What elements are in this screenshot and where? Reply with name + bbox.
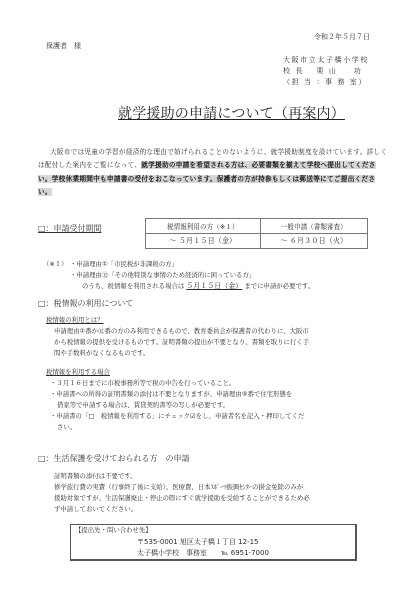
- tax-use-item-3: ・申請書の「□ 税情報を利用する」にチェック☑をし、申請者名を記入・押印してくだ: [50, 412, 304, 421]
- tax-use-heading: 税情報を利用する場合: [46, 368, 110, 377]
- contact-heading: 【提出先・問い合わせ先】: [75, 526, 152, 535]
- period-section-label: □：申請受付期間: [38, 223, 102, 234]
- note-marker: （※１）: [43, 260, 68, 269]
- contact-box: 【提出先・問い合わせ先】 〒535-0001 旭区太子橋１丁目 12-15 太子…: [70, 524, 357, 561]
- period-value-tax: ～ ５月１５日（金）: [146, 234, 261, 249]
- sender-school: 大阪市立太子橋小学校: [283, 55, 369, 66]
- welfare-section-label: □：生活保護を受けておられる方 の申請: [38, 453, 190, 464]
- document-title: 就学援助の申請について（再案内）: [118, 105, 345, 123]
- sender-block: 大阪市立太子橋小学校 校 長 栗 山 功 （担 当 ：事 務 室）: [283, 55, 369, 88]
- period-table-row: ～ ５月１５日（金） ～ ６月３０日（火）: [146, 234, 368, 249]
- tax-what-line-2: から税情報の提供を受けるものです。証明書類の提出が不要となり、書類を取りに行く手: [54, 338, 309, 347]
- contact-address: 〒535-0001 旭区太子橋１丁目 12-15: [137, 537, 259, 547]
- period-header-general: 一般申請（書類審査）: [260, 219, 367, 234]
- tax-section-label: □：税情報の利用について: [38, 298, 133, 309]
- period-header-tax: 税情報利用の方（※１）: [146, 219, 261, 234]
- sender-contact: （担 当 ：事 務 室）: [283, 77, 369, 88]
- tax-what-line-3: 間や手数料がなくなるものです。: [54, 349, 149, 358]
- note-item-2: ・申請理由⑫「その他特別な事情のため経済的に困っている方」: [70, 271, 255, 280]
- deadline-underlined: ５月１５日（金）: [186, 282, 242, 290]
- period-table: 税情報利用の方（※１） 一般申請（書類審査） ～ ５月１５日（金） ～ ６月３０…: [145, 218, 368, 249]
- contact-office-phone: 太子橋小学校 事務室 ℡ 6951-7000: [137, 548, 269, 558]
- period-value-general: ～ ６月３０日（火）: [260, 234, 367, 249]
- tax-what-heading: 税情報の利用とは？: [46, 316, 104, 325]
- document-date: 令和２年５月７日: [314, 32, 370, 42]
- tax-use-item-2: ・申請書への所得の証明書類の添付は不要となりますが、申請理由⑤番で住宅形態を: [50, 390, 292, 399]
- tax-use-item-1: ・３月１６日までに市税事務所等で税の申告を行っていること。: [50, 379, 235, 388]
- tax-what-line-1: 申請理由①番か⑫番の方のみ利用できるもので、教育委員会が保護者の代わりに、大阪市: [54, 327, 309, 336]
- tax-use-item-2-cont: 借家等で申請する場合は、賃貸契約書等の写しが必要です。: [57, 401, 229, 410]
- intro-paragraph: 大阪市では児童の学習が経済的な理由で妨げられることのないように、就学援助制度を設…: [38, 146, 388, 199]
- welfare-line-4: ず申請しておいてください。: [54, 505, 137, 514]
- welfare-line-1: 証明書類の添付は不要です。: [54, 472, 137, 481]
- welfare-line-3: 援助対象ですが、生活保護廃止・停止の際にすぐ就学援助を受給することができるため必: [54, 494, 310, 503]
- period-table-header: 税情報利用の方（※１） 一般申請（書類審査）: [146, 219, 368, 234]
- sender-principal: 校 長 栗 山 功: [283, 66, 369, 77]
- note-tail: のうち、税情報を利用される場合は ５月１５日（金） までに申請が必要です。: [82, 282, 314, 291]
- note-item-1: ・申請理由①「市民税が非課税の方」: [70, 260, 178, 269]
- tax-use-item-3-cont: さい。: [57, 423, 76, 432]
- recipient: 保護者 様: [46, 41, 81, 51]
- welfare-line-2: 修学旅行費の実費（行事終了後に支給）、医療費、日本ｽﾎﾟｰﾂ振興ｾﾝﾀｰの掛金免…: [54, 483, 303, 492]
